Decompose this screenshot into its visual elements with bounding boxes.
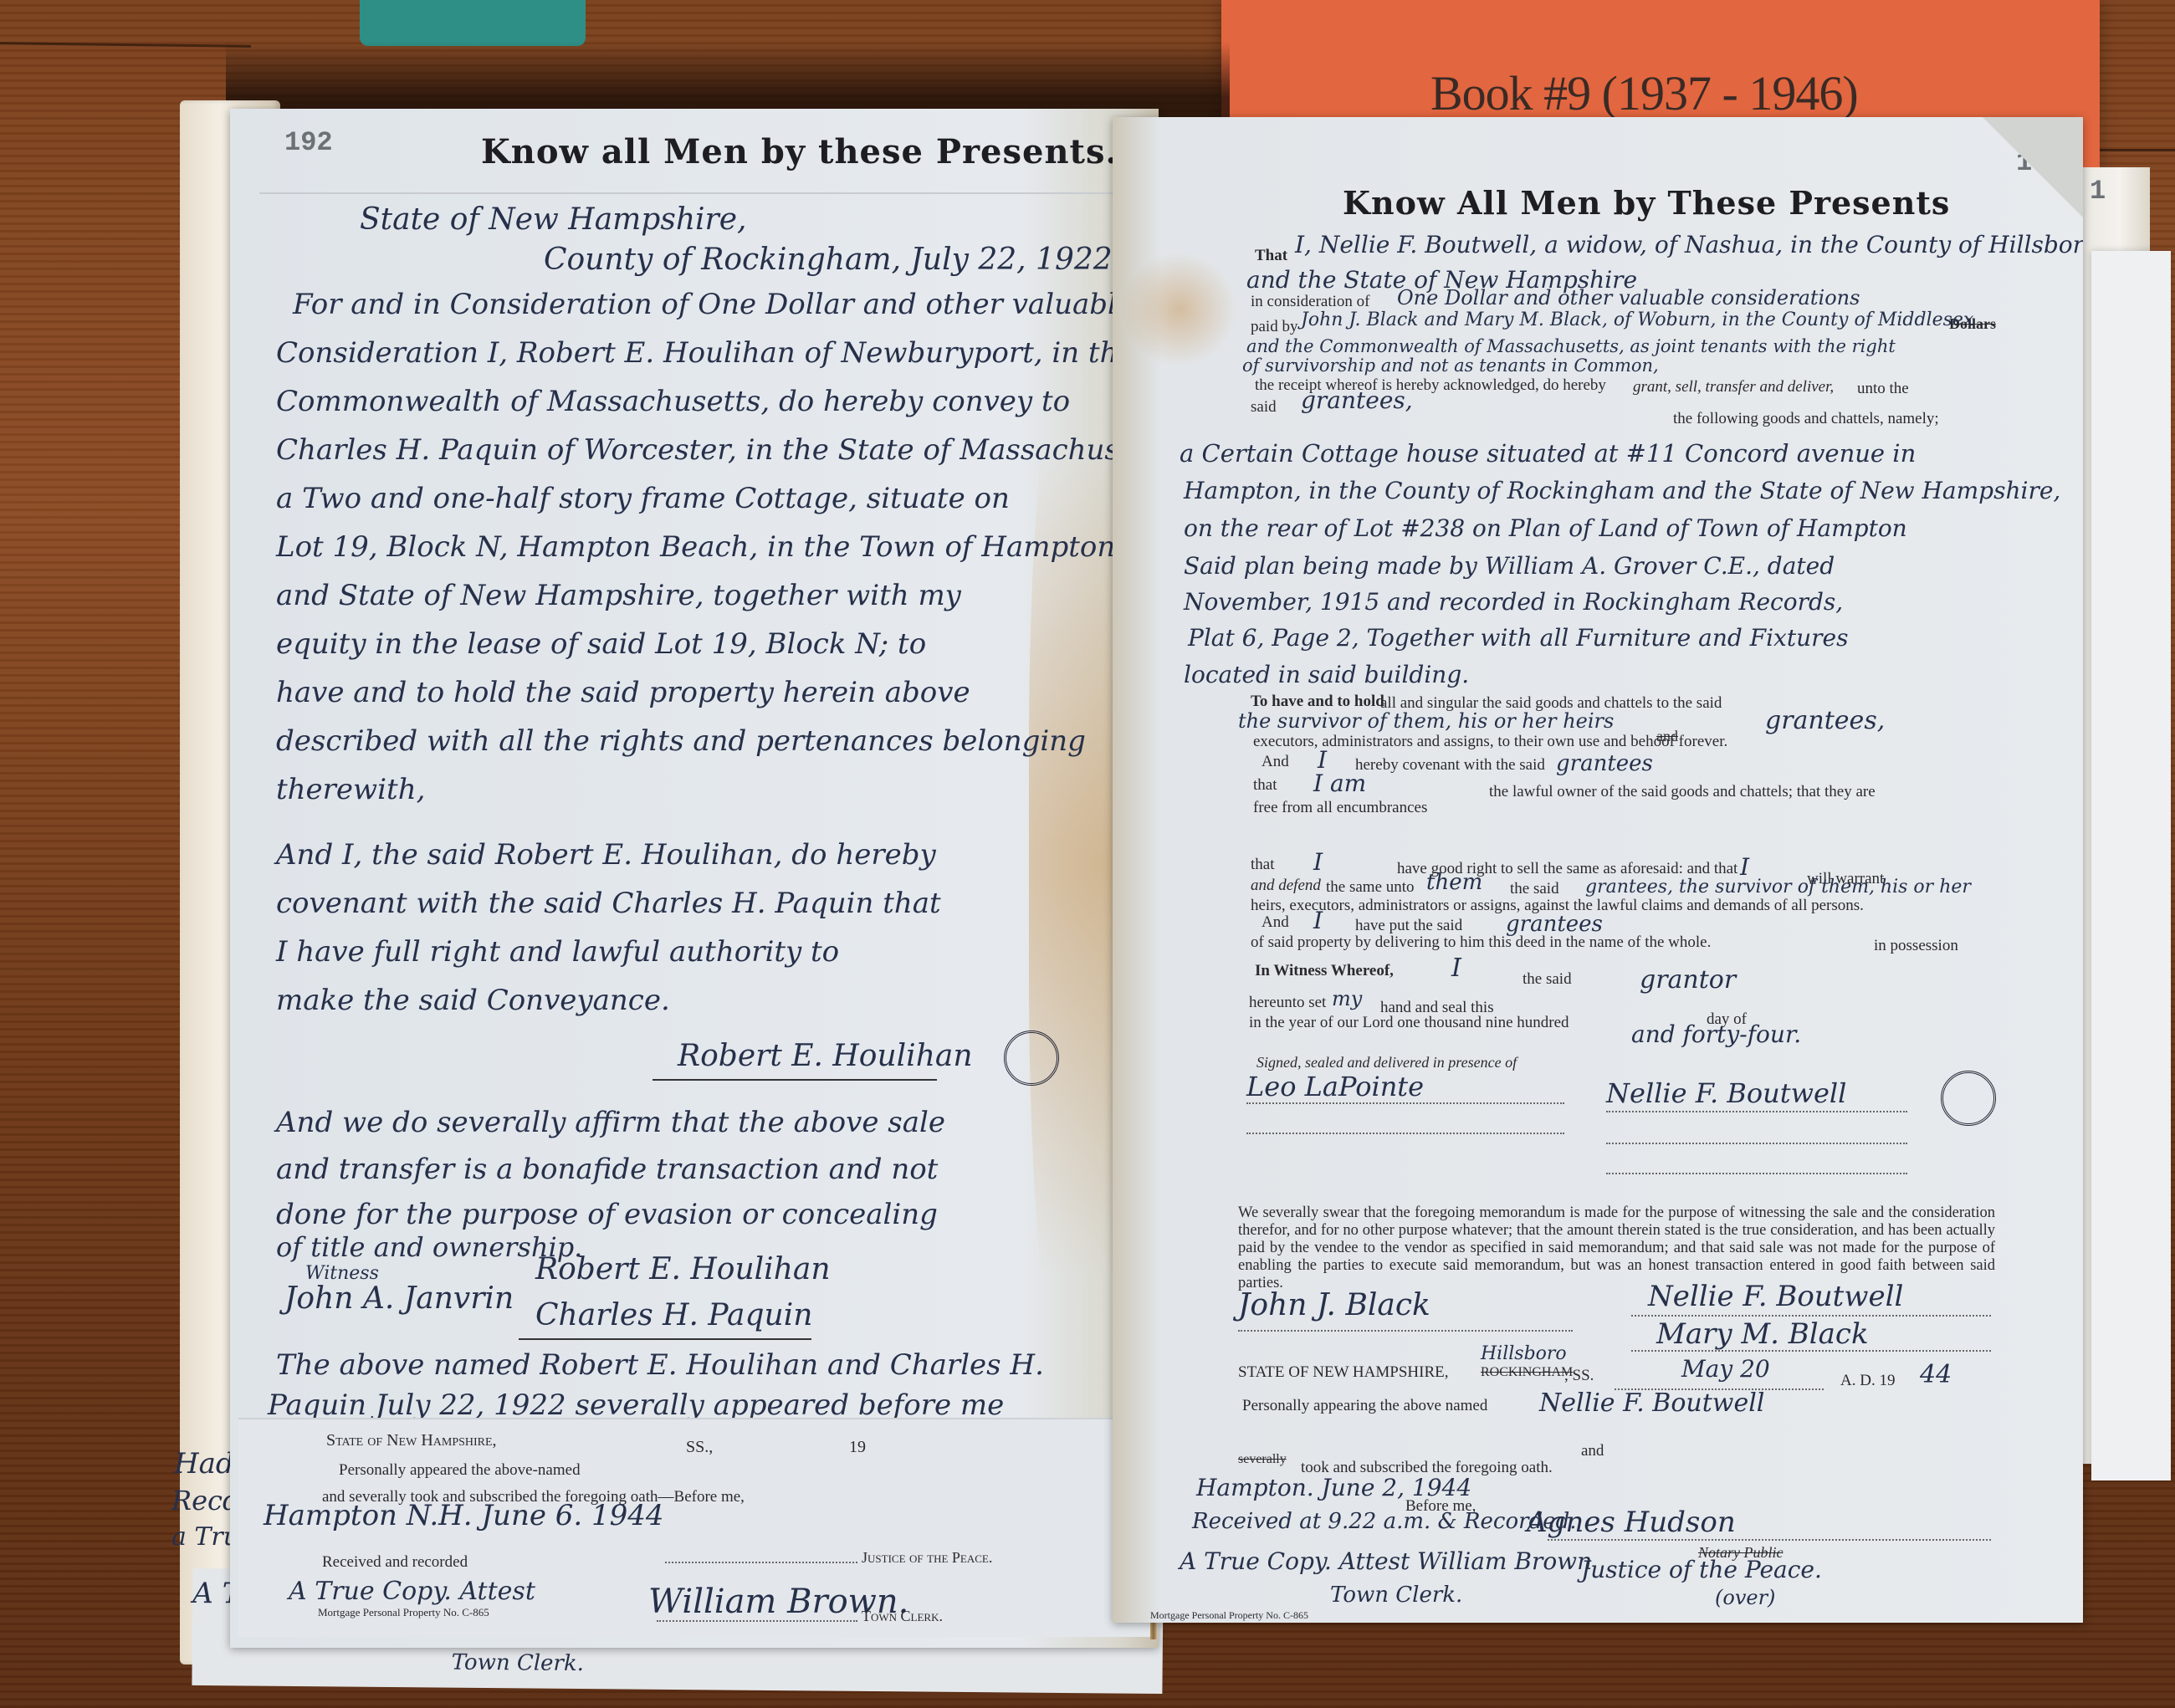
deed-body-line: equity in the lease of said Lot 19, Bloc… — [276, 627, 926, 661]
left-footer-form: State of New Hampshire, SS., 19 Personal… — [238, 1418, 1150, 1637]
next-page-fragment: 1 — [2090, 176, 2106, 207]
free-text: free from all encumbrances — [1253, 799, 1427, 817]
deed-body-line: Consideration I, Robert E. Houlihan of N… — [276, 336, 1135, 370]
form-justice-label: Justice of the Peace. — [862, 1549, 992, 1567]
jurat-county-hand: Hillsboro — [1481, 1343, 1567, 1364]
form-attest: A True Copy. Attest — [289, 1577, 535, 1606]
delivering-text: of said property by delivering to him th… — [1251, 933, 1711, 952]
description-line: on the rear of Lot #238 on Plan of Land … — [1184, 514, 1907, 542]
signature-underline — [652, 1079, 937, 1081]
grantor-signature: Robert E. Houlihan — [678, 1039, 973, 1073]
seal-icon — [1004, 1030, 1059, 1086]
deed-body-line: Charles H. Paquin of Worcester, in the S… — [276, 433, 1159, 467]
jurat-year-hand: 44 — [1920, 1360, 1952, 1389]
description-line: Plat 6, Page 2, Together with all Furnit… — [1188, 624, 1848, 652]
description-line: November, 1915 and recorded in Rockingha… — [1184, 588, 1843, 616]
memo-sig-line — [1631, 1350, 1991, 1352]
paid-by-line-2: and the Commonwealth of Massachusetts, a… — [1246, 336, 1896, 356]
grantor-line — [1606, 1111, 1907, 1112]
margin-strip-3: a Tru — [171, 1522, 239, 1552]
seller-signature: Robert E. Houlihan — [535, 1252, 831, 1286]
acknowledgment-line: Paquin July 22, 1922 severally appeared … — [268, 1388, 1004, 1422]
memo-sig-line — [1238, 1330, 1573, 1332]
year-hand: and forty-four. — [1631, 1020, 1801, 1048]
i-am-hand: I am — [1313, 770, 1366, 797]
covenant-line: make the said Conveyance. — [276, 984, 670, 1017]
that-label-1: that — [1253, 776, 1277, 795]
affirmation-line: and transfer is a bonafide transaction a… — [276, 1153, 938, 1186]
form-clerk-label: Town Clerk. — [862, 1608, 943, 1625]
received-hand: Received at 9.22 a.m. & Recorded. — [1192, 1509, 1576, 1534]
jurat-ad: A. D. 19 — [1840, 1372, 1895, 1390]
i-hand-2: I — [1313, 848, 1323, 876]
have-put-text: have put the said — [1355, 917, 1462, 935]
deed-body-line: For and in Consideration of One Dollar a… — [293, 288, 1134, 321]
unto-the: unto the — [1857, 380, 1909, 398]
deed-body-line: a Two and one-half story frame Cottage, … — [276, 482, 1010, 515]
true-copy-hand: A True Copy. Attest William Brown — [1180, 1547, 1592, 1575]
that-label: That — [1255, 247, 1287, 265]
lawful-owner-text: the lawful owner of the said goods and c… — [1489, 783, 1876, 801]
jurat-county-struck: ROCKINGHAM — [1481, 1365, 1573, 1380]
water-stain — [1121, 251, 1238, 368]
jurat-state: STATE OF NEW HAMPSHIRE, — [1238, 1363, 1448, 1382]
teal-folder-tab — [360, 0, 586, 46]
memo-buyer2-signature: Mary M. Black — [1656, 1317, 1869, 1351]
same-unto: the same unto — [1326, 878, 1415, 897]
description-line: Said plan being made by William A. Grove… — [1184, 552, 1835, 580]
deed-county-date: County of Rockingham, July 22, 1922. — [544, 243, 1122, 277]
covenant-text: hereby covenant with the said — [1355, 756, 1545, 775]
under-sheet-clerk-label: Town Clerk. — [452, 1650, 585, 1676]
left-page-192: 192 Know all Men by these Presents. Stat… — [230, 109, 1159, 1648]
acknowledgment-line: The above named Robert E. Houlihan and C… — [276, 1348, 1044, 1382]
hereunto-label: hereunto set — [1249, 994, 1326, 1012]
survivor-hand: the survivor of them, his or her heirs — [1238, 709, 1614, 733]
grantor-line-1: I, Nellie F. Boutwell, a widow, of Nashu… — [1295, 231, 2083, 258]
deed-body-line: described with all the rights and perten… — [276, 724, 1086, 758]
form-received: Received and recorded — [322, 1553, 468, 1572]
grant-text: grant, sell, transfer and deliver, — [1633, 378, 1834, 396]
seal-icon — [1941, 1071, 1996, 1126]
grantees-hand: grantees, — [1301, 386, 1413, 414]
memo-seller-signature: Nellie F. Boutwell — [1648, 1280, 1903, 1313]
deed-body-line: therewith, — [276, 773, 425, 806]
description-line: located in said building. — [1184, 661, 1469, 688]
right-page-193: 193 Know All Men by These Presents That … — [1113, 117, 2083, 1623]
jurat-date-hand: May 20 — [1681, 1355, 1770, 1383]
to-have-label: To have and to hold — [1251, 693, 1384, 711]
witness-line-2 — [1246, 1133, 1564, 1134]
floorboard-seam — [0, 42, 251, 48]
the-said-label: the said — [1510, 880, 1559, 898]
affirmation-line: done for the purpose of evasion or conce… — [276, 1198, 938, 1231]
covenant-line: covenant with the said Charles H. Paquin… — [276, 887, 941, 920]
them-hand: them — [1426, 870, 1482, 895]
and-label-2: And — [1261, 913, 1289, 932]
notary-line — [1548, 1539, 1991, 1541]
justice-hand: Justice of the Peace. — [1581, 1556, 1822, 1583]
covenant-line: And I, the said Robert E. Houlihan, do h… — [276, 838, 936, 872]
covenant-line: I have full right and lawful authority t… — [276, 935, 839, 969]
year-text: in the year of our Lord one thousand nin… — [1249, 1014, 1569, 1032]
grantees-hand-3: grantees — [1556, 751, 1653, 776]
appearing-hand: Nellie F. Boutwell — [1539, 1388, 1764, 1418]
right-form-number: Mortgage Personal Property No. C-865 — [1150, 1609, 1308, 1622]
grantees-hand-2: grantees, — [1765, 706, 1885, 735]
grantor-line-3 — [1606, 1173, 1907, 1174]
my-hand: my — [1332, 987, 1362, 1010]
severally-struck: severally — [1238, 1452, 1287, 1467]
memo-sig-line — [1631, 1315, 1991, 1317]
jurat-and: and — [1581, 1442, 1604, 1460]
margin-strip-1: Had — [174, 1447, 234, 1480]
and-label-1: And — [1261, 753, 1289, 771]
paid-by-line-1: John J. Black and Mary M. Black, of Wobu… — [1301, 309, 1973, 330]
signed-sealed-label: Signed, sealed and delivered in presence… — [1256, 1054, 1517, 1071]
said-label: said — [1251, 398, 1277, 417]
witness-i-hand: I — [1451, 954, 1461, 983]
page-number: 192 — [284, 127, 333, 158]
grantor-hand: grantor — [1640, 965, 1736, 995]
affirmation-line: And we do severally affirm that the abov… — [276, 1106, 945, 1139]
jurat-ss: , SS. — [1564, 1367, 1594, 1385]
deed-insert-sheet: State of New Hampshire, County of Rockin… — [259, 192, 1138, 1449]
grantor-line-2 — [1606, 1143, 1907, 1144]
grantor-signature: Nellie F. Boutwell — [1606, 1077, 1846, 1109]
loose-sheet-right: Quantity - Furniture — [2091, 251, 2171, 1480]
paid-by-label: paid by — [1251, 318, 1297, 336]
page-heading: Know All Men by These Presents — [1343, 184, 1950, 222]
grantees-survivor-hand: grantees, the survivor of them, his or h… — [1585, 877, 1971, 897]
left-form-number: Mortgage Personal Property No. C-865 — [318, 1606, 489, 1619]
witness-signature: Leo LaPointe — [1246, 1071, 1424, 1102]
deed-body-line: have and to hold the said property herei… — [276, 676, 970, 709]
form-ss: SS., — [686, 1438, 713, 1457]
witness-line — [1246, 1102, 1564, 1104]
signature-underline — [519, 1338, 811, 1340]
form-appeared: Personally appeared the above-named — [339, 1461, 581, 1480]
consideration-hand: One Dollar and other valuable considerat… — [1397, 286, 1860, 309]
justice-line — [665, 1562, 857, 1563]
deed-body-line: and State of New Hampshire, together wit… — [276, 579, 961, 612]
memo-buyer-signature: John J. Black — [1238, 1288, 1430, 1322]
that-label-2: that — [1251, 856, 1275, 874]
notary-signature: Agnes Hudson — [1527, 1506, 1736, 1539]
clerk-line — [657, 1620, 857, 1622]
over-hand: (over) — [1715, 1586, 1775, 1609]
folded-corner — [1983, 117, 2083, 217]
in-witness-label: In Witness Whereof, — [1255, 962, 1394, 980]
deed-body-line: Commonwealth of Massachusetts, do hereby… — [276, 385, 1070, 418]
witness-signature: John A. Janvrin — [284, 1281, 514, 1316]
page-heading: Know all Men by these Presents. — [481, 132, 1118, 171]
and-defend: and defend — [1251, 877, 1321, 895]
folder-label: Book #9 (1937 - 1946) — [1430, 65, 1858, 121]
description-line: Hampton, in the County of Rockingham and… — [1184, 477, 2060, 504]
deed-body-line: Lot 19, Block N, Hampton Beach, in the T… — [276, 530, 1115, 564]
deed-state: State of New Hampshire, — [360, 202, 746, 237]
form-place-date: Hampton N.H. June 6. 1944 — [264, 1499, 664, 1532]
personally-appearing: Personally appearing the above named — [1242, 1397, 1487, 1415]
form-state: State of New Hampshire, — [326, 1431, 497, 1450]
description-line: a Certain Cottage house situated at #11 … — [1180, 439, 1916, 468]
following-goods: the following goods and chattels, namely… — [1673, 410, 1939, 428]
buyer-signature: Charles H. Paquin — [535, 1298, 812, 1332]
i-hand-4: I — [1313, 907, 1323, 934]
form-year-prefix: 19 — [849, 1438, 866, 1457]
witness-the-said: the said — [1522, 970, 1572, 989]
town-clerk-hand: Town Clerk. — [1330, 1583, 1462, 1608]
consideration-label: in consideration of — [1251, 293, 1369, 311]
in-possession: in possession — [1874, 937, 1958, 955]
paid-by-line-3: of survivorship and not as tenants in Co… — [1242, 355, 1659, 376]
